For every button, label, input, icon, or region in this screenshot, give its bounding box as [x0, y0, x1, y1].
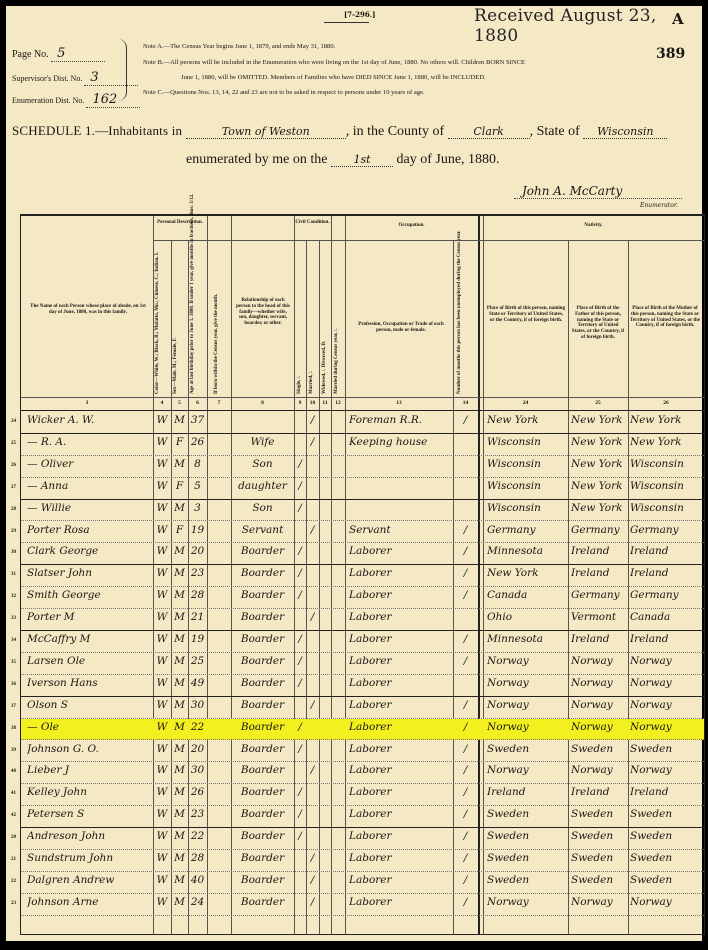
- color-value: W: [153, 808, 171, 820]
- relationship-value: Boarder: [231, 896, 294, 908]
- unemployed-mark: /: [453, 633, 478, 645]
- schedule-line: SCHEDULE 1.—Inhabitants in Town of Westo…: [12, 123, 667, 140]
- nativity-group-header: Nativity.: [483, 223, 704, 229]
- civil-group-header: Civil Condition.: [294, 220, 331, 226]
- widowed-column-header: Widowed, /. Divorced, D.: [322, 326, 328, 394]
- color-value: W: [153, 830, 171, 842]
- line-number: 28: [11, 507, 16, 512]
- supervisor-value: 3: [84, 70, 138, 86]
- father-birthplace-value: Ireland: [571, 545, 627, 557]
- single-mark: /: [294, 633, 306, 645]
- sex-value: M: [171, 808, 188, 820]
- group-underline: [153, 240, 704, 241]
- unemployed-mark: /: [453, 721, 478, 733]
- unemployed-mark: /: [453, 589, 478, 601]
- unemployed-mark: /: [453, 743, 478, 755]
- color-value: W: [153, 458, 171, 470]
- occupation-value: Laborer: [349, 896, 451, 908]
- married-mark: /: [306, 436, 319, 448]
- relationship-column-header: Relationship of each person to the head …: [235, 298, 291, 327]
- married-mark: /: [306, 699, 319, 711]
- age-value: 19: [188, 633, 207, 645]
- birthplace-value: New York: [487, 414, 567, 426]
- age-value: 23: [188, 808, 207, 820]
- occupation-value: Laborer: [349, 808, 451, 820]
- sex-value: M: [171, 633, 188, 645]
- person-name: Wicker A. W.: [27, 414, 151, 426]
- single-mark: /: [294, 458, 306, 470]
- birthplace-value: Ireland: [487, 786, 567, 798]
- sex-value: F: [171, 524, 188, 536]
- father-birthplace-value: Norway: [571, 655, 627, 667]
- relationship-value: daughter: [231, 480, 294, 492]
- unemployed-mark: /: [453, 830, 478, 842]
- header-divider: [21, 397, 704, 398]
- line-number: 36: [11, 682, 16, 687]
- county-label: , in the County of: [346, 124, 444, 139]
- col-number: 3: [21, 400, 153, 406]
- unemployed-mark: /: [453, 764, 478, 776]
- personal-group-header: Personal Description.: [153, 220, 207, 226]
- mother-birthplace-value: Norway: [630, 764, 702, 776]
- age-value: 20: [188, 545, 207, 557]
- sex-value: M: [171, 786, 188, 798]
- note-b-line2: June 1, 1880, will be OMITTED. Members o…: [181, 74, 486, 81]
- married-mark: /: [306, 611, 319, 623]
- mother-birthplace-value: Sweden: [630, 808, 702, 820]
- relationship-value: Servant: [231, 524, 294, 536]
- relationship-value: Boarder: [231, 721, 294, 733]
- father-birthplace-value: Ireland: [571, 567, 627, 579]
- col-number: 14: [453, 400, 478, 406]
- census-row: 35 Larsen Ole W M 25 Boarder / Laborer /…: [21, 653, 704, 675]
- census-row: 33 Porter M W M 21 Boarder / Laborer Ohi…: [21, 609, 704, 631]
- single-mark: /: [294, 721, 306, 733]
- occupation-value: Servant: [349, 524, 451, 536]
- state-value: Wisconsin: [583, 125, 667, 139]
- relationship-value: Boarder: [231, 830, 294, 842]
- sex-value: M: [171, 896, 188, 908]
- birthplace-value: Norway: [487, 721, 567, 733]
- line-number: 34: [11, 638, 16, 643]
- birthplace-value: Sweden: [487, 743, 567, 755]
- single-mark: /: [294, 677, 306, 689]
- occupation-value: Laborer: [349, 874, 451, 886]
- form-code-underline: [324, 22, 369, 23]
- line-number: 41: [11, 791, 16, 796]
- unemployed-mark: /: [453, 414, 478, 426]
- person-name: Clark George: [27, 545, 151, 557]
- age-value: 28: [188, 852, 207, 864]
- color-value: W: [153, 633, 171, 645]
- name-column-header: The Name of each Person whose place of a…: [27, 304, 149, 316]
- single-mark: /: [294, 502, 306, 514]
- sex-value: M: [171, 502, 188, 514]
- census-row: 21 Sundstrum John W M 28 Boarder / Labor…: [21, 850, 704, 872]
- occupation-value: Laborer: [349, 545, 451, 557]
- father-birthplace-value: New York: [571, 414, 627, 426]
- col-number: 12: [331, 400, 345, 406]
- sex-value: M: [171, 567, 188, 579]
- father-birthplace-column-header: Place of Birth of the Father of this per…: [570, 306, 626, 341]
- mother-birthplace-value: Sweden: [630, 874, 702, 886]
- line-number: 35: [11, 660, 16, 665]
- married-mark: /: [306, 764, 319, 776]
- person-name: Iverson Hans: [27, 677, 151, 689]
- born-month-column-header: If born within the Census year, give the…: [214, 246, 220, 394]
- census-row: 38 — Ole W M 22 Boarder / Laborer / Norw…: [21, 719, 704, 741]
- mother-birthplace-column-header: Place of Birth of the Mother of this per…: [630, 306, 700, 329]
- married-mark: /: [306, 874, 319, 886]
- census-row: 32 Smith George W M 28 Boarder / Laborer…: [21, 587, 704, 609]
- age-value: 24: [188, 896, 207, 908]
- married-column-header: Married, /.: [309, 326, 315, 394]
- relationship-value: Boarder: [231, 743, 294, 755]
- birthplace-value: Germany: [487, 524, 567, 536]
- line-number: 20: [11, 835, 16, 840]
- sex-value: M: [171, 677, 188, 689]
- person-name: Larsen Ole: [27, 655, 151, 667]
- age-value: 5: [188, 480, 207, 492]
- census-row: 26 — Oliver W M 8 Son / Wisconsin New Yo…: [21, 456, 704, 478]
- color-value: W: [153, 655, 171, 667]
- col-number: 10: [306, 400, 319, 406]
- color-value: W: [153, 545, 171, 557]
- color-value: W: [153, 589, 171, 601]
- father-birthplace-value: New York: [571, 436, 627, 448]
- age-value: 3: [188, 502, 207, 514]
- relationship-value: Boarder: [231, 567, 294, 579]
- census-row: 41 Kelley John W M 26 Boarder / Laborer …: [21, 784, 704, 806]
- occupation-value: Laborer: [349, 830, 451, 842]
- col-number: 7: [207, 400, 231, 406]
- color-value: W: [153, 524, 171, 536]
- relationship-value: Boarder: [231, 545, 294, 557]
- color-column-header: Color—White, W.; Black, B.; Mulatto, Mu.…: [155, 246, 161, 394]
- enum-prefix: enumerated by me on the: [186, 152, 328, 167]
- single-mark: /: [294, 480, 306, 492]
- person-name: — Ole: [27, 721, 151, 733]
- father-birthplace-value: Sweden: [571, 852, 627, 864]
- enumeration-value: 162: [86, 92, 140, 108]
- person-name: Johnson Arne: [27, 896, 151, 908]
- single-mark: /: [294, 655, 306, 667]
- line-number: 39: [11, 748, 16, 753]
- relationship-value: Wife: [231, 436, 294, 448]
- meta-brace: [118, 39, 127, 101]
- mother-birthplace-value: Sweden: [630, 743, 702, 755]
- relationship-value: Son: [231, 458, 294, 470]
- occupation-value: Laborer: [349, 699, 451, 711]
- occupation-value: Laborer: [349, 764, 451, 776]
- mother-birthplace-value: Wisconsin: [630, 480, 702, 492]
- line-number: 32: [11, 594, 16, 599]
- birthplace-value: New York: [487, 567, 567, 579]
- father-birthplace-value: New York: [571, 480, 627, 492]
- age-value: 19: [188, 524, 207, 536]
- col-number: 9: [294, 400, 306, 406]
- birthplace-value: Wisconsin: [487, 458, 567, 470]
- color-value: W: [153, 611, 171, 623]
- father-birthplace-value: Sweden: [571, 830, 627, 842]
- person-name: Dalgren Andrew: [27, 874, 151, 886]
- birthplace-value: Sweden: [487, 852, 567, 864]
- unemployed-mark: /: [453, 874, 478, 886]
- col-number: 8: [231, 400, 294, 406]
- note-b-line1: Note B.—All persons will be included in …: [143, 59, 525, 66]
- age-value: 26: [188, 786, 207, 798]
- person-name: Kelley John: [27, 786, 151, 798]
- father-birthplace-value: Ireland: [571, 786, 627, 798]
- occupation-value: Foreman R.R.: [349, 414, 451, 426]
- age-value: 30: [188, 699, 207, 711]
- line-number: 37: [11, 704, 16, 709]
- occupation-value: Laborer: [349, 633, 451, 645]
- birthplace-value: Norway: [487, 764, 567, 776]
- mother-birthplace-value: New York: [630, 436, 702, 448]
- line-number: 25: [11, 441, 16, 446]
- mother-birthplace-value: Ireland: [630, 567, 702, 579]
- line-number: 23: [11, 901, 16, 906]
- enumerator-label: Enumerator.: [640, 202, 678, 209]
- father-birthplace-value: New York: [571, 502, 627, 514]
- birthplace-value: Minnesota: [487, 633, 567, 645]
- occupation-value: Laborer: [349, 721, 451, 733]
- father-birthplace-value: Germany: [571, 524, 627, 536]
- line-number: 30: [11, 550, 16, 555]
- color-value: W: [153, 896, 171, 908]
- person-name: Porter Rosa: [27, 524, 151, 536]
- relationship-value: Boarder: [231, 852, 294, 864]
- mother-birthplace-value: Norway: [630, 721, 702, 733]
- sex-value: M: [171, 830, 188, 842]
- unemployed-mark: /: [453, 808, 478, 820]
- unemployed-mark: /: [453, 699, 478, 711]
- mother-birthplace-value: Germany: [630, 524, 702, 536]
- single-mark: /: [294, 567, 306, 579]
- relationship-value: Boarder: [231, 764, 294, 776]
- sex-value: F: [171, 436, 188, 448]
- color-value: W: [153, 764, 171, 776]
- relationship-value: Boarder: [231, 611, 294, 623]
- relationship-value: Boarder: [231, 699, 294, 711]
- line-number: 42: [11, 813, 16, 818]
- sheet-number: 389: [656, 46, 685, 62]
- col-number: 13: [345, 400, 453, 406]
- line-number: 40: [11, 769, 16, 774]
- married-mark: /: [306, 852, 319, 864]
- father-birthplace-value: Norway: [571, 677, 627, 689]
- birthplace-value: Ohio: [487, 611, 567, 623]
- relationship-value: Son: [231, 502, 294, 514]
- col-number: 4: [153, 400, 171, 406]
- age-value: 22: [188, 721, 207, 733]
- person-name: — R. A.: [27, 436, 151, 448]
- place-value: Town of Weston: [186, 125, 346, 139]
- birthplace-value: Wisconsin: [487, 502, 567, 514]
- father-birthplace-value: Sweden: [571, 874, 627, 886]
- occupation-value: Laborer: [349, 589, 451, 601]
- father-birthplace-value: Sweden: [571, 743, 627, 755]
- age-column-header: Age at last birthday prior to June 1, 18…: [190, 246, 196, 394]
- stamp-letter: A: [672, 10, 684, 28]
- single-mark: /: [294, 589, 306, 601]
- birthplace-value: Minnesota: [487, 545, 567, 557]
- census-row: 36 Iverson Hans W M 49 Boarder / Laborer…: [21, 675, 704, 697]
- mother-birthplace-value: Ireland: [630, 545, 702, 557]
- father-birthplace-value: Ireland: [571, 633, 627, 645]
- color-value: W: [153, 414, 171, 426]
- note-a: Note A.—The Census Year begins June 1, 1…: [143, 43, 335, 50]
- census-table: Personal Description. Civil Condition. O…: [20, 214, 705, 935]
- line-number: 21: [11, 857, 16, 862]
- unemployed-mark: /: [453, 524, 478, 536]
- sex-value: F: [171, 480, 188, 492]
- occupation-group-header: Occupation.: [345, 223, 478, 229]
- person-name: Johnson G. O.: [27, 743, 151, 755]
- color-value: W: [153, 699, 171, 711]
- color-value: W: [153, 786, 171, 798]
- occupation-value: Laborer: [349, 611, 451, 623]
- mother-birthplace-value: Germany: [630, 589, 702, 601]
- col-number: 11: [319, 400, 331, 406]
- census-row: 29 Porter Rosa W F 19 Servant / Servant …: [21, 522, 704, 544]
- sex-column-header: Sex—Male, M.; Female, F.: [173, 246, 179, 394]
- mother-birthplace-value: Ireland: [630, 633, 702, 645]
- sex-value: M: [171, 743, 188, 755]
- census-row: 27 — Anna W F 5 daughter / Wisconsin New…: [21, 478, 704, 500]
- page-no-value: 5: [51, 46, 105, 62]
- person-name: McCaffry M: [27, 633, 151, 645]
- unemployed-mark: /: [453, 896, 478, 908]
- color-value: W: [153, 721, 171, 733]
- unemployed-mark: /: [453, 852, 478, 864]
- father-birthplace-value: Norway: [571, 721, 627, 733]
- census-row: 40 Lieber J W M 30 Boarder / Laborer / N…: [21, 762, 704, 784]
- married-mark: /: [306, 414, 319, 426]
- color-value: W: [153, 436, 171, 448]
- color-value: W: [153, 852, 171, 864]
- col-number: 24: [483, 400, 568, 406]
- census-row: 25 — R. A. W F 26 Wife / Keeping house W…: [21, 434, 704, 456]
- person-name: — Anna: [27, 480, 151, 492]
- age-value: 22: [188, 830, 207, 842]
- father-birthplace-value: Norway: [571, 699, 627, 711]
- person-name: Olson S: [27, 699, 151, 711]
- census-page: [7-296.] Received August 23, 1880 A 389 …: [6, 6, 702, 941]
- birthplace-value: Norway: [487, 699, 567, 711]
- birthplace-value: Norway: [487, 655, 567, 667]
- color-value: W: [153, 502, 171, 514]
- relationship-value: Boarder: [231, 589, 294, 601]
- col-number: 5: [171, 400, 188, 406]
- sex-value: M: [171, 655, 188, 667]
- page-no-label: Page No.: [12, 49, 49, 60]
- occupation-value: Keeping house: [349, 436, 451, 448]
- mother-birthplace-value: Sweden: [630, 830, 702, 842]
- sex-value: M: [171, 589, 188, 601]
- mother-birthplace-value: Canada: [630, 611, 702, 623]
- relationship-value: Boarder: [231, 786, 294, 798]
- age-value: 20: [188, 743, 207, 755]
- single-mark: /: [294, 808, 306, 820]
- person-name: Porter M: [27, 611, 151, 623]
- mother-birthplace-value: Norway: [630, 699, 702, 711]
- header-bottom: [21, 410, 704, 411]
- line-number: 26: [11, 463, 16, 468]
- birthplace-value: Wisconsin: [487, 436, 567, 448]
- census-row: 39 Johnson G. O. W M 20 Boarder / Labore…: [21, 741, 704, 763]
- enumeration-label: Enumeration Dist. No.: [12, 96, 84, 105]
- col-number: 25: [568, 400, 628, 406]
- person-name: — Oliver: [27, 458, 151, 470]
- sex-value: M: [171, 721, 188, 733]
- unemployed-mark: /: [453, 786, 478, 798]
- age-value: 8: [188, 458, 207, 470]
- father-birthplace-value: Norway: [571, 896, 627, 908]
- color-value: W: [153, 567, 171, 579]
- enumeration-date-line: enumerated by me on the 1st day of June,…: [186, 152, 500, 168]
- birthplace-value: Sweden: [487, 874, 567, 886]
- census-row: 24 Wicker A. W. W M 37 / Foreman R.R. / …: [21, 412, 704, 434]
- color-value: W: [153, 480, 171, 492]
- census-row: 30 Clark George W M 20 Boarder / Laborer…: [21, 543, 704, 565]
- mother-birthplace-value: Norway: [630, 677, 702, 689]
- enumerator-signature: John A. McCarty: [514, 184, 682, 199]
- census-row: 37 Olson S W M 30 Boarder / Laborer / No…: [21, 697, 704, 719]
- father-birthplace-value: Vermont: [571, 611, 627, 623]
- sex-value: M: [171, 611, 188, 623]
- father-birthplace-value: Sweden: [571, 808, 627, 820]
- birthplace-value: Wisconsin: [487, 480, 567, 492]
- census-row: 20 Andreson John W M 22 Boarder / Labore…: [21, 828, 704, 850]
- line-number: 22: [11, 879, 16, 884]
- state-label: , State of: [530, 124, 580, 139]
- occupation-value: Laborer: [349, 743, 451, 755]
- birthplace-value: Norway: [487, 677, 567, 689]
- married-mark: /: [306, 524, 319, 536]
- unemployed-column-header: Number of months this person has been un…: [457, 246, 463, 394]
- line-number: 31: [11, 572, 16, 577]
- single-mark: /: [294, 743, 306, 755]
- sex-value: M: [171, 458, 188, 470]
- birthplace-value: Sweden: [487, 830, 567, 842]
- sex-value: M: [171, 699, 188, 711]
- line-number: 29: [11, 529, 16, 534]
- person-name: Slatser John: [27, 567, 151, 579]
- schedule-title: SCHEDULE 1.—Inhabitants in: [12, 123, 182, 138]
- relationship-value: Boarder: [231, 677, 294, 689]
- unemployed-mark: /: [453, 655, 478, 667]
- form-code: [7-296.]: [344, 10, 375, 19]
- father-birthplace-value: New York: [571, 458, 627, 470]
- occupation-column-header: Profession, Occupation or Trade of each …: [355, 322, 447, 334]
- mother-birthplace-value: New York: [630, 414, 702, 426]
- person-name: Lieber J: [27, 764, 151, 776]
- married-year-column-header: Married during Census year, /.: [334, 266, 340, 394]
- birthplace-value: Canada: [487, 589, 567, 601]
- color-value: W: [153, 874, 171, 886]
- census-row: 34 McCaffry M W M 19 Boarder / Laborer /…: [21, 631, 704, 653]
- unemployed-mark: /: [453, 545, 478, 557]
- mother-birthplace-value: Wisconsin: [630, 502, 702, 514]
- person-name: Andreson John: [27, 830, 151, 842]
- color-value: W: [153, 743, 171, 755]
- father-birthplace-value: Norway: [571, 764, 627, 776]
- census-row: 31 Slatser John W M 23 Boarder / Laborer…: [21, 565, 704, 587]
- line-number: 38: [11, 726, 16, 731]
- occupation-value: Laborer: [349, 655, 451, 667]
